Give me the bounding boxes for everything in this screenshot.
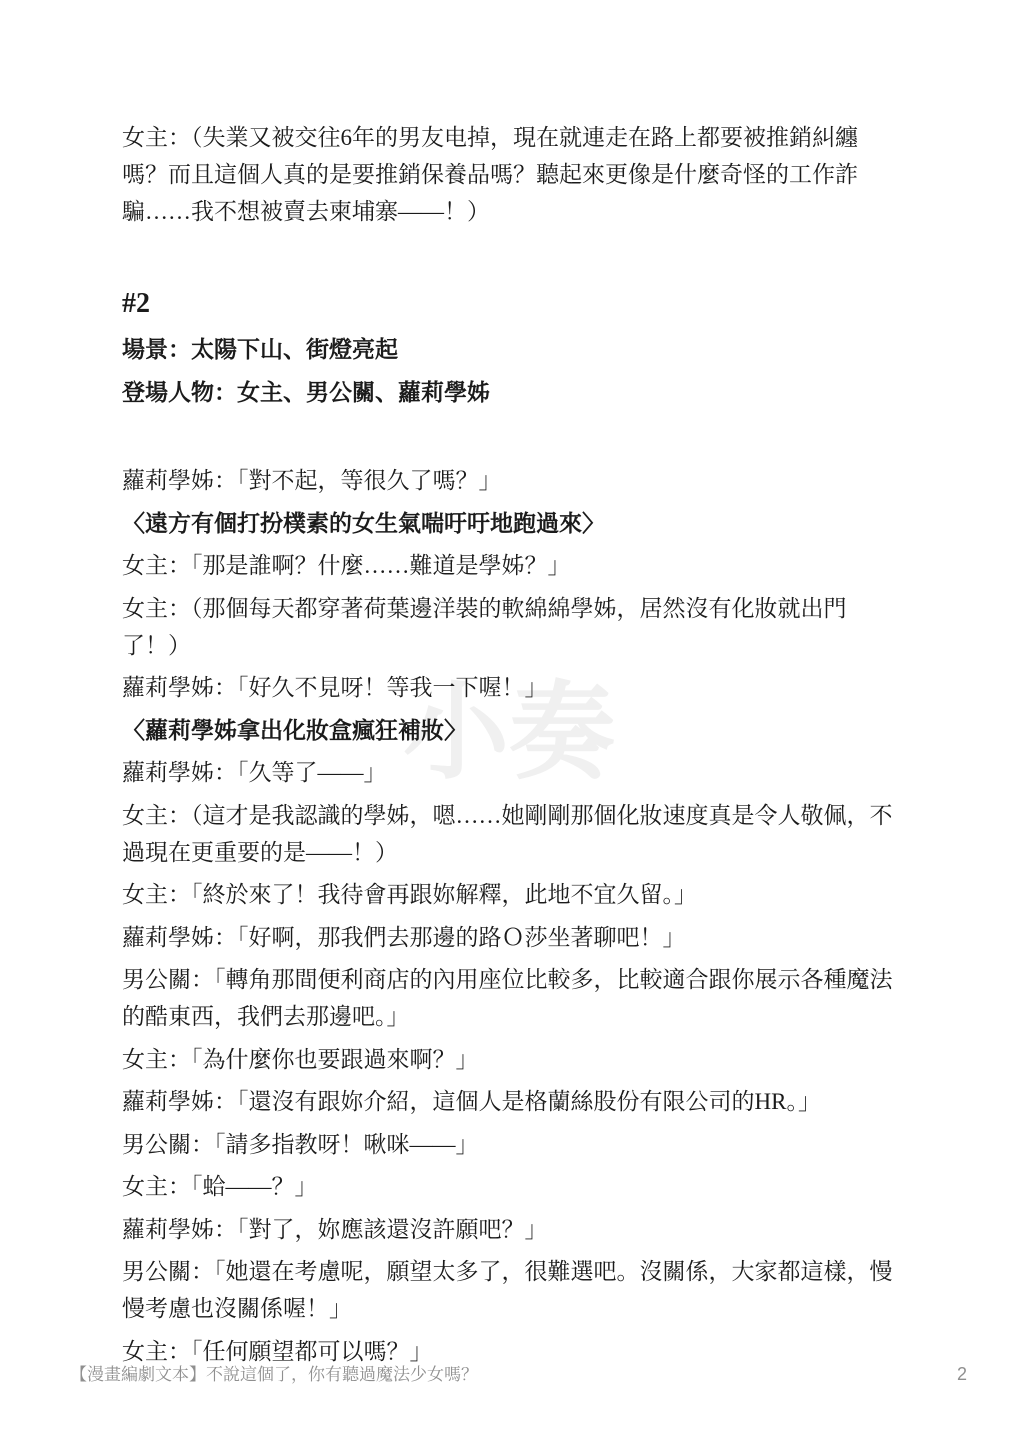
blank-line bbox=[122, 236, 902, 282]
dialogue: 蘿莉學姊：「好久不見呀！等我一下喔！」 bbox=[122, 669, 902, 706]
script-content: 女主：（失業又被交往6年的男友电掉，現在就連走在路上都要被推銷糾纏嗎？而且這個人… bbox=[0, 0, 1024, 1370]
dialogue: 女主：「為什麼你也要跟過來啊？」 bbox=[122, 1041, 902, 1078]
dialogue: 男公關：「轉角那間便利商店的內用座位比較多，比較適合跟你展示各種魔法的酷東西，我… bbox=[122, 961, 902, 1035]
dialogue: 女主：「蛤——？」 bbox=[122, 1168, 902, 1205]
dialogue: 蘿莉學姊：「對不起，等很久了嗎？」 bbox=[122, 462, 902, 499]
script-page: 小奏 女主：（失業又被交往6年的男友电掉，現在就連走在路上都要被推銷糾纏嗎？而且… bbox=[0, 0, 1024, 1448]
dialogue: 女主：（這才是我認識的學姊，嗯……她剛剛那個化妝速度真是令人敬佩，不過現在更重要… bbox=[122, 797, 902, 871]
dialogue: 女主：（那個每天都穿著荷葉邊洋裝的軟綿綿學姊，居然沒有化妝就出門了！） bbox=[122, 590, 902, 664]
stage-direction: 〈遠方有個打扮樸素的女生氣喘吁吁地跑過來〉 bbox=[122, 505, 902, 542]
dialogue: 男公關：「請多指教呀！啾咪——」 bbox=[122, 1126, 902, 1163]
dialogue: 女主：「那是誰啊？什麼……難道是學姊？」 bbox=[122, 547, 902, 584]
page-footer: 【漫畫編劇文本】不說這個了，你有聽過魔法少女嗎？ 2 bbox=[70, 1360, 967, 1385]
chapter-heading: #2 bbox=[122, 282, 902, 326]
dialogue: 蘿莉學姊：「久等了——」 bbox=[122, 754, 902, 791]
dialogue: 蘿莉學姊：「對了，妳應該還沒許願吧？」 bbox=[122, 1211, 902, 1248]
dialogue: 男公關：「她還在考慮呢，願望太多了，很難選吧。沒關係，大家都這樣，慢慢考慮也沒關… bbox=[122, 1253, 902, 1327]
page-number: 2 bbox=[957, 1364, 967, 1385]
blank-line bbox=[122, 416, 902, 462]
dialogue: 女主：（失業又被交往6年的男友电掉，現在就連走在路上都要被推銷糾纏嗎？而且這個人… bbox=[122, 119, 902, 230]
scene-heading: 場景：太陽下山、街燈亮起 bbox=[122, 331, 902, 368]
footer-title: 【漫畫編劇文本】不說這個了，你有聽過魔法少女嗎？ bbox=[70, 1360, 478, 1385]
dialogue: 蘿莉學姊：「好啊，那我們去那邊的路Ｏ莎坐著聊吧！」 bbox=[122, 919, 902, 956]
dialogue: 蘿莉學姊：「還沒有跟妳介紹，這個人是格蘭絲股份有限公司的HR。」 bbox=[122, 1083, 902, 1120]
dialogue: 女主：「終於來了！我待會再跟妳解釋，此地不宜久留。」 bbox=[122, 876, 902, 913]
stage-direction: 〈蘿莉學姊拿出化妝盒瘋狂補妝〉 bbox=[122, 712, 902, 749]
cast-list: 登場人物：女主、男公關、蘿莉學姊 bbox=[122, 374, 902, 411]
